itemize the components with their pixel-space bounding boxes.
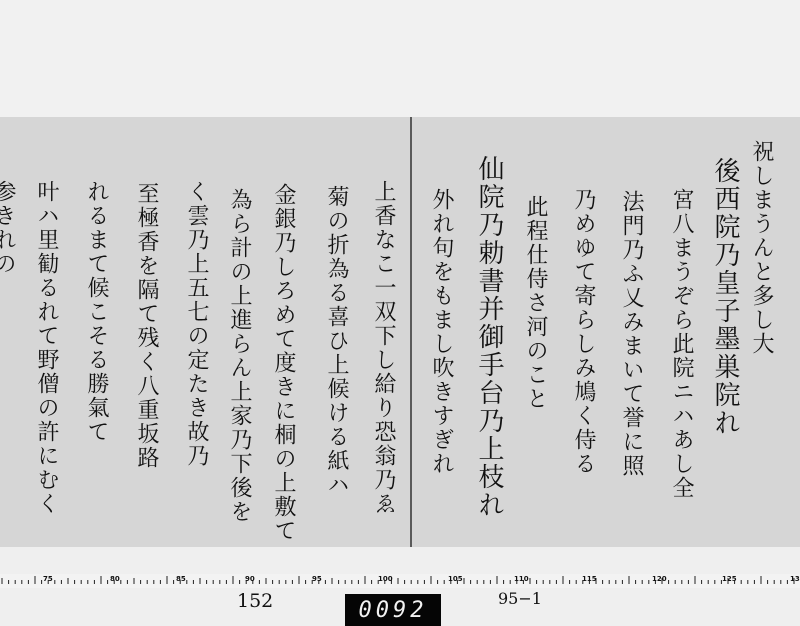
text-column: 乃めゆて寄らしみ鳩く侍る [572,188,594,476]
text-column: 菊の折為る喜ひ上候ける紙ハ [325,185,347,497]
text-column: 後西院乃皇子墨巣院れ [712,157,738,437]
text-column: 叶ハ里勧るれて野僧の許にむく [35,180,57,516]
text-column: 仙院乃勅書并御手台乃上枝れ [476,155,502,519]
scale-label: 85 [176,575,186,583]
scale-label: 90 [245,575,255,583]
text-column: 法門乃ふ乂みまいて誉に照 [620,190,642,478]
scale-label: 120 [652,575,667,583]
text-column: 此程仕侍さ河のこと [524,195,546,411]
page-number-label: 152 [237,590,273,612]
scale-label: 80 [110,575,120,583]
scale-label: 125 [722,575,737,583]
text-column: 外れ句をもまし吹きすぎれ [430,188,452,476]
text-column: 宮八まうぞら此院ニハあし全 [670,188,692,500]
scale-label: 75 [43,575,53,583]
text-column: 金銀乃しろめて度きに桐の上敷て [272,183,294,543]
scale-label: 95 [312,575,322,583]
frame-counter-value: 0092 [359,598,428,623]
text-column: れるまて候こそる勝氣て [85,180,107,444]
text-column: 上香なこ一双下し給り恐翁乃ゑ [372,180,394,516]
text-column: 至極香を隔て残く八重坂路 [135,182,157,470]
text-column: 参きれの [0,180,14,276]
scale-label: 100 [378,575,393,583]
text-column: く雲乃上五七の定たき故乃 [185,180,207,468]
scale-label: 115 [582,575,597,583]
top-margin [0,0,800,117]
text-column: 為ら計の上進らん上家乃下後を [228,188,250,524]
measuring-scale [0,574,800,588]
scale-label: 110 [514,575,529,583]
right-page [412,117,800,547]
page-seam [410,117,412,547]
scale-label: 13 [790,575,800,583]
scale-label: 105 [448,575,463,583]
reference-label: 95−1 [498,589,542,608]
text-column: 祝しまうんと多し大 [750,140,772,356]
frame-counter: 0092 [345,594,441,626]
